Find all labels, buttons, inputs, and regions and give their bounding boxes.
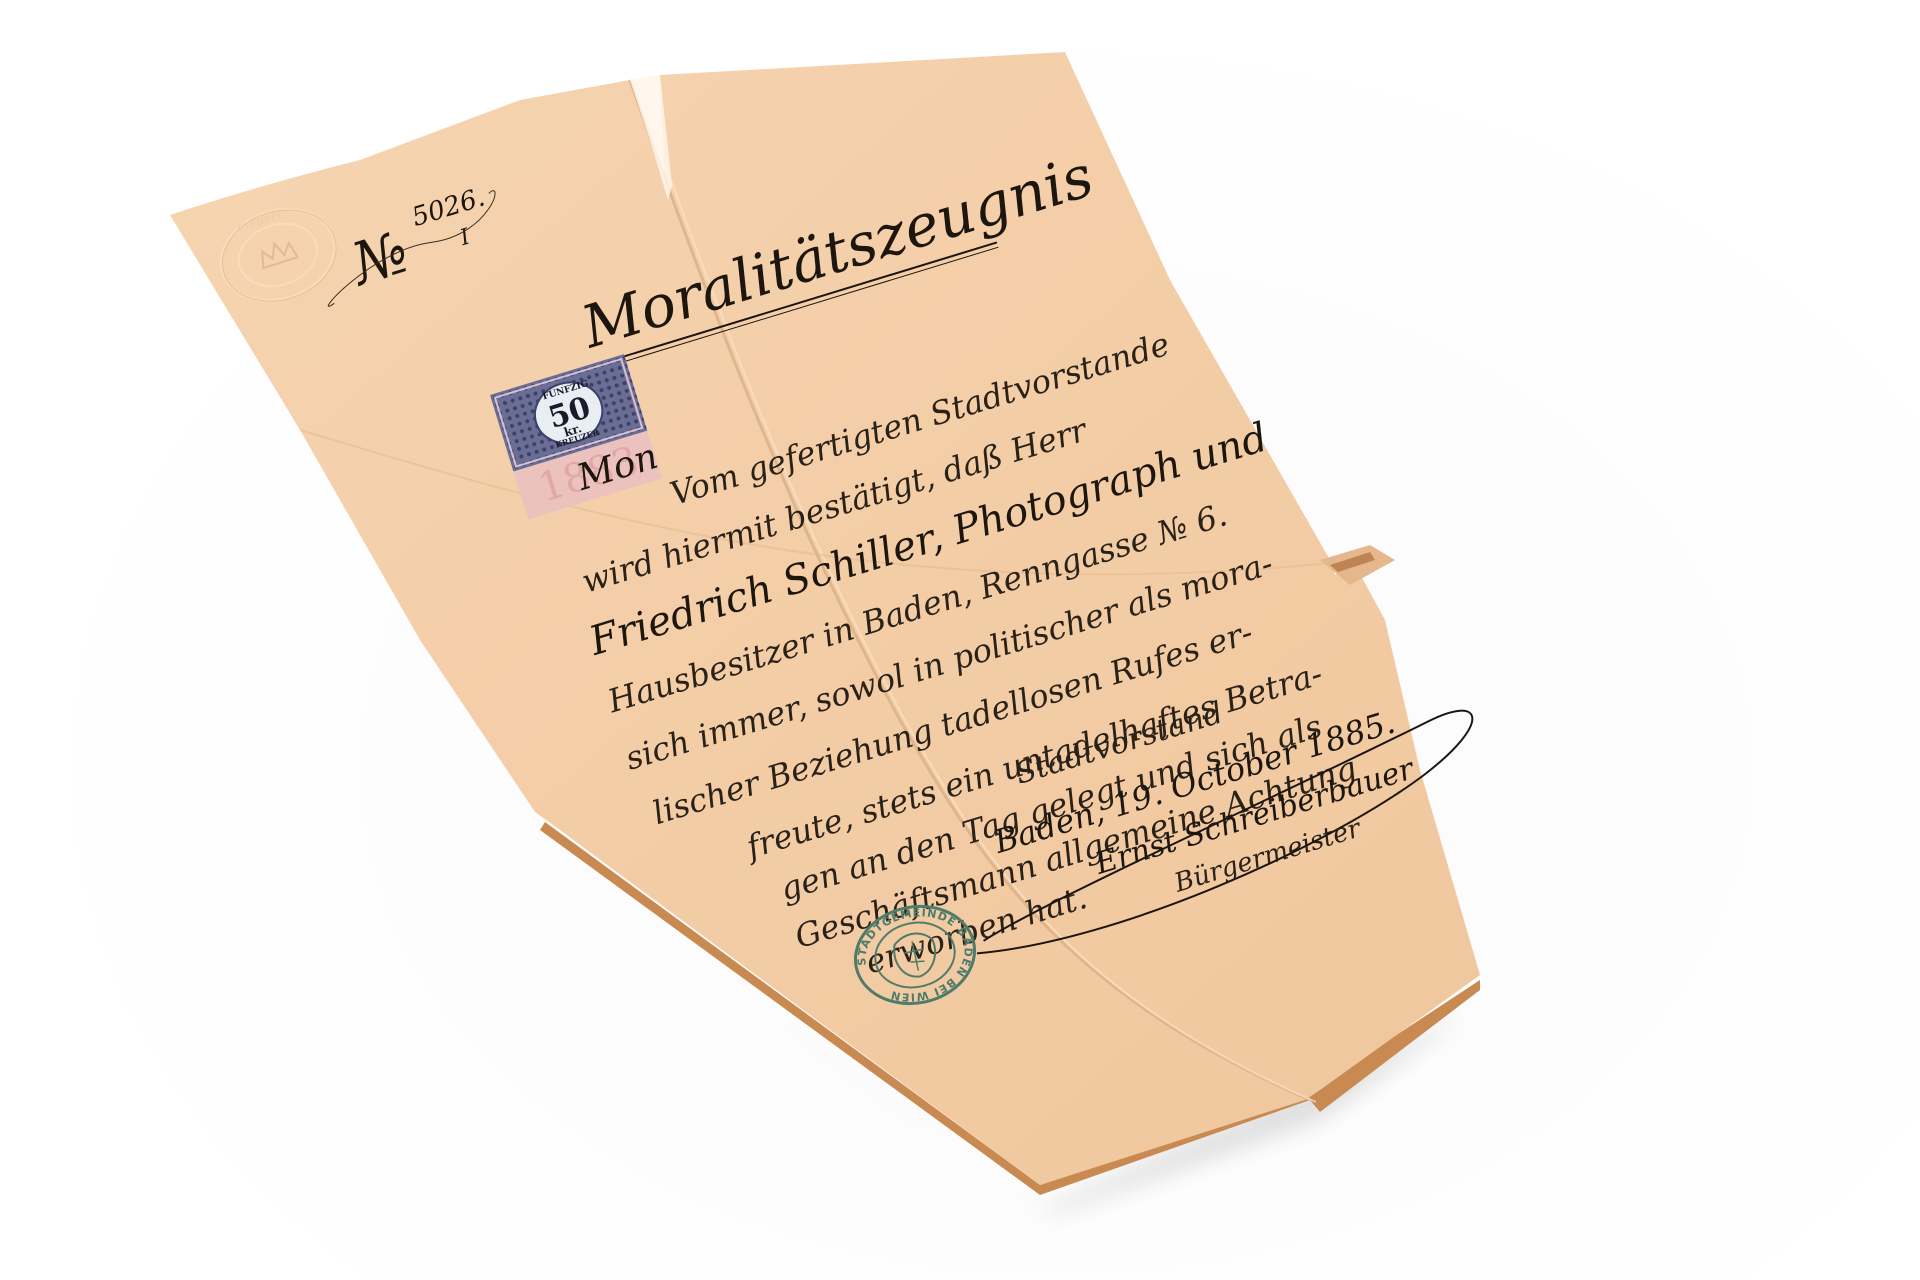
document-photo: STEMPEL № 5026. I Moralitätszeugnis FUNF… bbox=[0, 0, 1920, 1280]
photo-scene: STEMPEL № 5026. I Moralitätszeugnis FUNF… bbox=[0, 0, 1920, 1280]
